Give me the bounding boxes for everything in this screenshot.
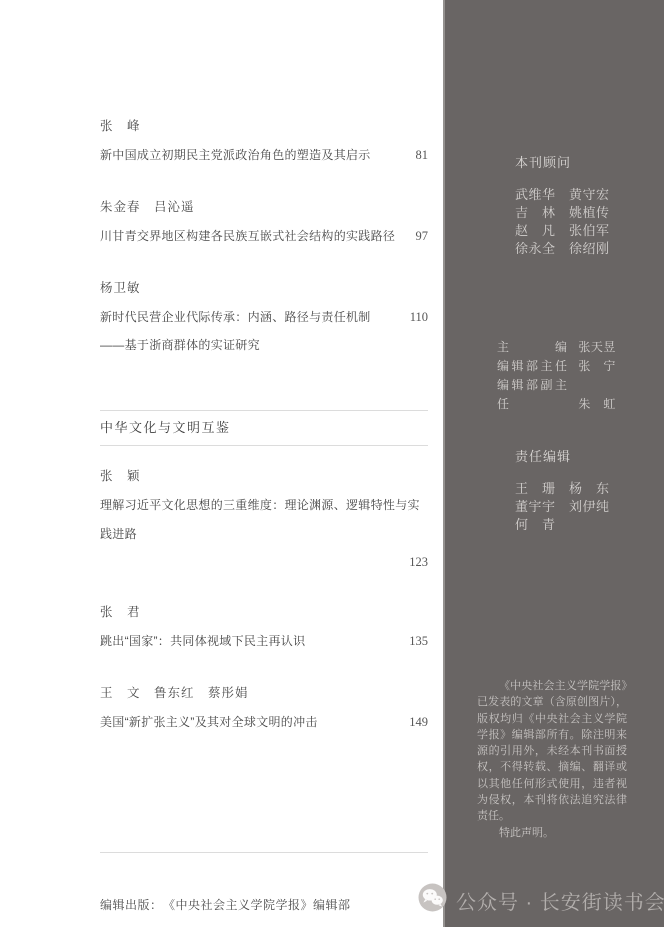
entry-title: 美国“新扩张主义”及其对全球文明的冲击 [100,708,318,737]
entry-title: 跳出“国家”：共同体视域下民主再认识 [100,627,305,656]
divider [100,852,428,853]
entry-title: 理解习近平文化思想的三重维度：理论渊源、逻辑特性与实践进路 [100,491,428,549]
section-heading: 中华文化与文明互鉴 [100,411,428,445]
toc-entry: 张 颖 理解习近平文化思想的三重维度：理论渊源、逻辑特性与实践进路 123 [100,462,428,575]
editorial-role: 编辑部主任 [497,357,567,376]
entry-page-number: 149 [409,708,428,737]
duty-editor-row: 王 珊 杨 东 [515,480,610,498]
duty-editors-heading: 责任编辑 [515,446,610,465]
entry-title: 新中国成立初期民主党派政治角色的塑造及其启示 [100,141,371,170]
advisor-name: 武维华 [515,186,556,204]
editorial-role: 编辑部副主任 [497,376,567,414]
toc-entry: 张 峰 新中国成立初期民主党派政治角色的塑造及其启示 81 [100,112,428,170]
entry-title: 川甘青交界地区构建各民族互嵌式社会结构的实践路径 [100,222,395,251]
toc-entry: 张 君 跳出“国家”：共同体视域下民主再认识 135 [100,598,428,656]
entry-authors: 杨卫敏 [100,274,428,303]
duty-editor-name: 王 珊 [515,480,556,498]
entry-page-number: 135 [409,627,428,656]
advisor-name: 徐绍刚 [569,240,610,258]
copyright-body: 《中央社会主义学院学报》已发表的文章（含原创图片），版权均归《中央社会主义学院学… [477,678,627,825]
duty-editor-name: 刘伊纯 [569,498,610,516]
editorial-name: 张 宁 [578,359,616,373]
entry-page-number: 97 [416,222,429,251]
copyright-closing: 特此声明。 [477,825,627,841]
journal-toc-page: 张 峰 新中国成立初期民主党派政治角色的塑造及其启示 81 朱金春 吕沁遥 川甘… [0,0,664,927]
wechat-icon [418,883,447,912]
entry-subtitle: ——基于浙商群体的实证研究 [100,332,428,358]
editorial-row: 编辑部主任 张 宁 [497,357,616,376]
duty-editor-row: 董宇宇 刘伊纯 [515,498,610,516]
toc-entry: 王 文 鲁东红 蔡彤娟 美国“新扩张主义”及其对全球文明的冲击 149 [100,679,428,737]
advisor-row: 徐永全 徐绍刚 [515,240,610,258]
wechat-watermark-banner: 公众号 · 长安街读书会 [445,886,664,915]
advisors-heading: 本刊顾问 [515,152,610,171]
copyright-notice: 《中央社会主义学院学报》已发表的文章（含原创图片），版权均归《中央社会主义学院学… [477,678,627,841]
editorial-role: 主编 [497,338,567,357]
wechat-account-label: 公众号 · 长安街读书会 [456,892,664,914]
duty-editor-row: 何 青 [515,516,610,534]
advisor-name: 张伯军 [569,222,610,240]
advisors-block: 本刊顾问 武维华 黄守宏 吉 林 姚植传 赵 凡 张伯军 徐永全 徐绍刚 [515,152,610,258]
entry-authors: 王 文 鲁东红 蔡彤娟 [100,679,428,708]
editorial-block: 主编 张天昱 编辑部主任 张 宁 编辑部副主任 朱 虹 [497,338,616,414]
editorial-row: 主编 张天昱 [497,338,616,357]
entry-authors: 张 峰 [100,112,428,141]
duty-editor-name: 何 青 [515,516,556,534]
entry-title: 新时代民营企业代际传承：内涵、路径与责任机制 [100,303,371,332]
duty-editor-name: 董宇宇 [515,498,556,516]
advisor-name: 赵 凡 [515,222,556,240]
toc-entry: 朱金春 吕沁遥 川甘青交界地区构建各民族互嵌式社会结构的实践路径 97 [100,193,428,251]
entry-page-number: 81 [416,141,429,170]
advisor-row: 吉 林 姚植传 [515,204,610,222]
editorial-name: 朱 虹 [578,397,616,411]
editorial-row: 编辑部副主任 朱 虹 [497,376,616,414]
entry-authors: 张 君 [100,598,428,627]
entry-page-number: 123 [100,549,428,575]
section-heading-block: 中华文化与文明互鉴 [100,410,428,446]
advisor-row: 赵 凡 张伯军 [515,222,610,240]
advisor-row: 武维华 黄守宏 [515,186,610,204]
divider [100,445,428,446]
toc-column: 张 峰 新中国成立初期民主党派政治角色的塑造及其启示 81 朱金春 吕沁遥 川甘… [0,0,443,927]
advisor-name: 吉 林 [515,204,556,222]
publisher-line: 编辑出版： 《中央社会主义学院学报》编辑部 [100,896,428,913]
duty-editors-block: 责任编辑 王 珊 杨 东 董宇宇 刘伊纯 何 青 [515,446,610,534]
advisor-name: 徐永全 [515,240,556,258]
entry-authors: 张 颖 [100,462,428,491]
entry-page-number: 110 [410,303,428,332]
masthead-panel: 本刊顾问 武维华 黄守宏 吉 林 姚植传 赵 凡 张伯军 徐永全 徐绍刚 [443,0,664,927]
advisor-name: 姚植传 [569,204,610,222]
entry-authors: 朱金春 吕沁遥 [100,193,428,222]
advisor-name: 黄守宏 [569,186,610,204]
duty-editor-name: 杨 东 [569,480,610,498]
editorial-name: 张天昱 [578,340,616,354]
toc-entry: 杨卫敏 新时代民营企业代际传承：内涵、路径与责任机制 110 ——基于浙商群体的… [100,274,428,358]
